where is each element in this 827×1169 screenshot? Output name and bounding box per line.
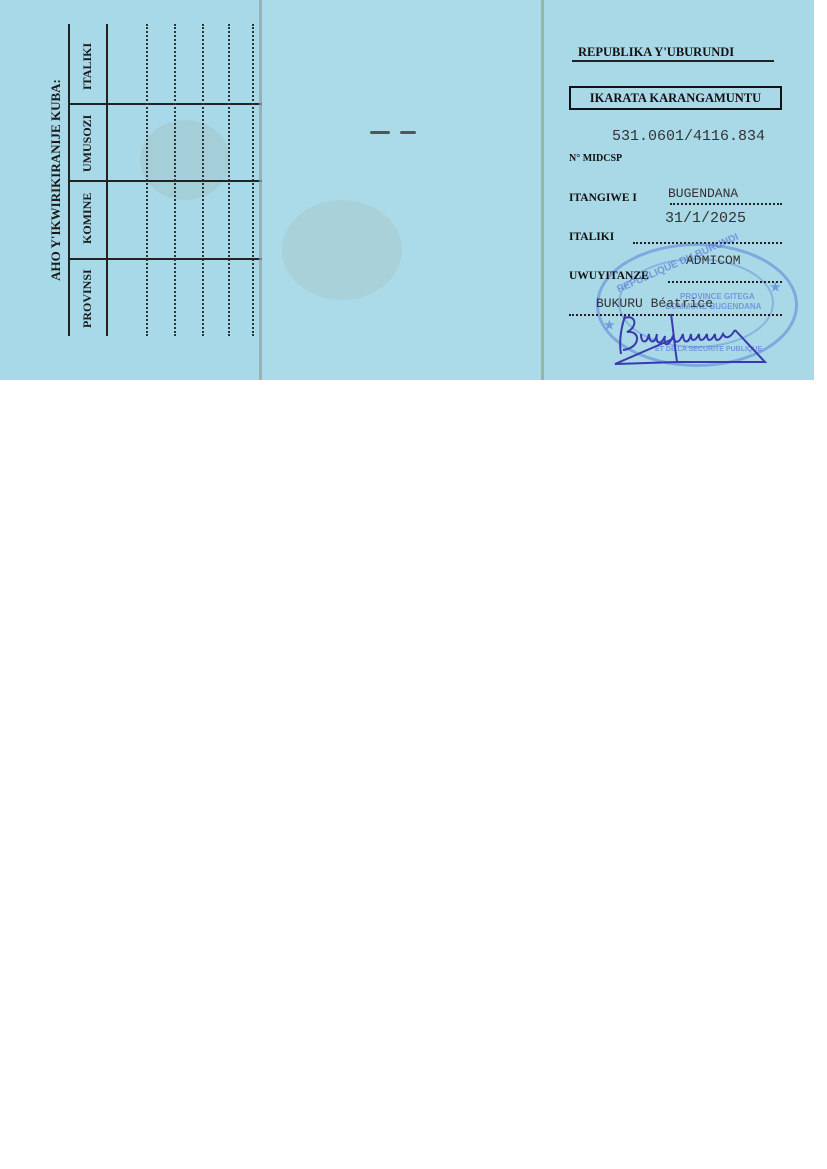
table-title: AHO Y'IKWIRIKIRANIJE KUBA: bbox=[48, 20, 64, 340]
table-row-line bbox=[174, 24, 176, 336]
table-row-line bbox=[228, 24, 230, 336]
issuer-value: ADMICOM bbox=[686, 253, 741, 268]
column-umusozi: UMUSOZI bbox=[80, 115, 95, 172]
table-row-line bbox=[146, 24, 148, 336]
issued-at-value: BUGENDANA bbox=[668, 186, 738, 201]
issued-at-label: ITANGIWE I bbox=[569, 192, 637, 204]
column-italiki: ITALIKI bbox=[80, 43, 95, 90]
table-row-line bbox=[202, 24, 204, 336]
staple-mark bbox=[370, 131, 390, 134]
id-number: 531.0601/4116.834 bbox=[612, 128, 765, 145]
issuer-label: UWUYITANZE bbox=[569, 270, 649, 282]
country-heading: REPUBLIKA Y'UBURUNDI bbox=[578, 45, 734, 60]
left-panel: AHO Y'IKWIRIKIRANIJE KUBA: PROVINSI KOMI… bbox=[0, 0, 260, 380]
signature bbox=[595, 308, 785, 368]
id-label: N° MIDCSP bbox=[569, 153, 622, 164]
residence-table: AHO Y'IKWIRIKIRANIJE KUBA: PROVINSI KOMI… bbox=[48, 20, 268, 340]
card-title: IKARATA KARANGAMUNTU bbox=[569, 86, 782, 110]
date-label: ITALIKI bbox=[569, 231, 614, 243]
middle-panel bbox=[262, 0, 542, 380]
column-provinsi: PROVINSI bbox=[80, 269, 95, 328]
table-row-line bbox=[252, 24, 254, 336]
identity-card: AHO Y'IKWIRIKIRANIJE KUBA: PROVINSI KOMI… bbox=[0, 0, 814, 380]
issue-date-value: 31/1/2025 bbox=[665, 210, 746, 227]
column-komine: KOMINE bbox=[80, 193, 95, 244]
staple-mark bbox=[400, 131, 416, 134]
